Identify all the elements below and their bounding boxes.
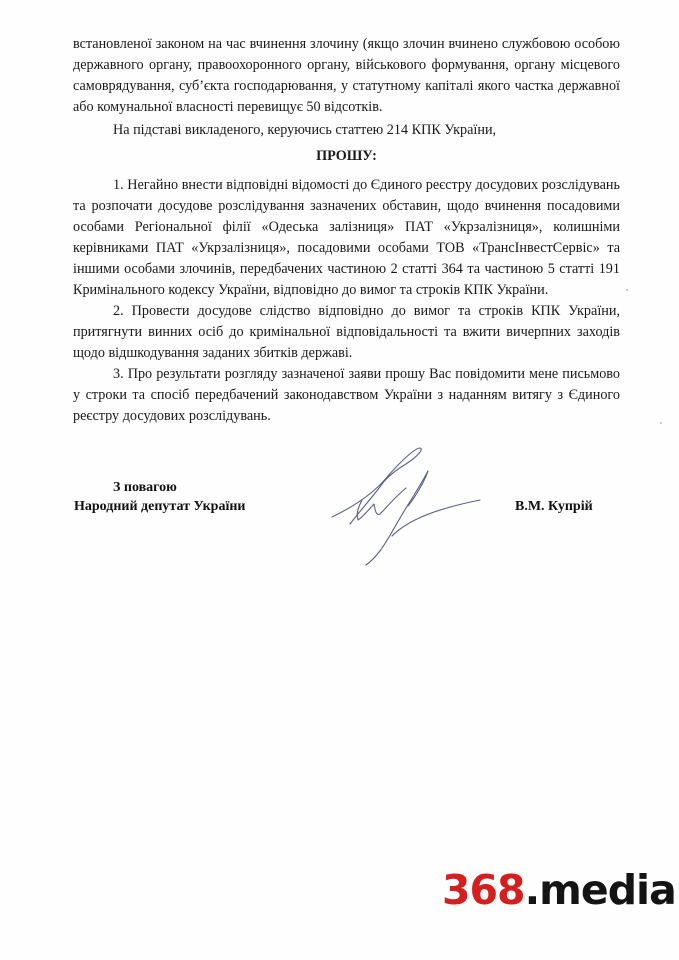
scan-artifact bbox=[626, 289, 628, 291]
watermark-logo: 368.media bbox=[442, 868, 676, 912]
paragraph-continuation: встановленої законом на час вчинення зло… bbox=[73, 34, 620, 118]
scan-artifact bbox=[660, 422, 662, 424]
paragraph-basis: На підставі викладеного, керуючись статт… bbox=[73, 120, 620, 141]
closing-regards: З повагою bbox=[113, 478, 177, 497]
handwritten-signature-icon bbox=[320, 440, 490, 570]
signer-title: Народний депутат України bbox=[74, 497, 245, 516]
watermark-number: 368 bbox=[442, 866, 525, 914]
document-page: встановленої законом на час вчинення зло… bbox=[0, 0, 679, 960]
request-item-1: 1. Негайно внести відповідні відомості д… bbox=[73, 175, 620, 301]
request-item-2: 2. Провести досудове слідство відповідно… bbox=[73, 301, 620, 364]
request-item-3: 3. Про результати розгляду зазначеної за… bbox=[73, 364, 620, 427]
document-body: встановленої законом на час вчинення зло… bbox=[73, 34, 620, 427]
request-heading: ПРОШУ: bbox=[73, 146, 620, 167]
watermark-domain: .media bbox=[525, 866, 676, 914]
signer-name: В.М. Купрій bbox=[515, 497, 593, 516]
